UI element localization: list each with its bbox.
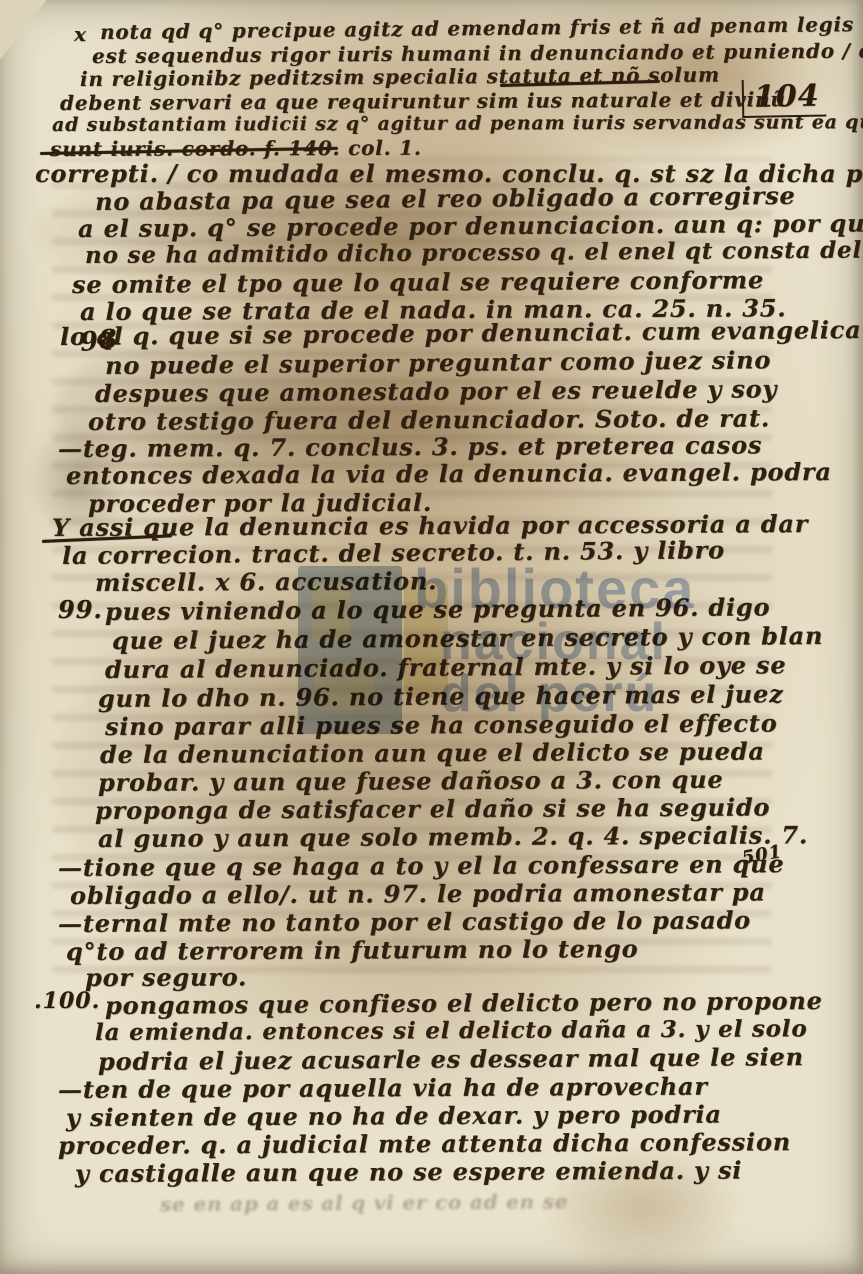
manuscript-line: pues viniendo a lo que se pregunta en 96… xyxy=(105,592,770,626)
manuscript-line: la emienda. entonces si el delicto daña … xyxy=(95,1015,808,1046)
manuscript-line: la correcion. tract. del secreto. t. n. … xyxy=(62,535,725,570)
margin-annotation: x xyxy=(74,22,87,46)
margin-annotation: .100. xyxy=(34,988,100,1014)
manuscript-line: —ten de que por aquella via ha de aprove… xyxy=(58,1072,708,1104)
manuscript-line: se en ap a es al q vi er co ad en se xyxy=(160,1189,568,1216)
manuscript-line: miscell. x 6. accusation. xyxy=(95,566,437,597)
manuscript-line: por seguro. xyxy=(85,962,247,992)
manuscript-line: q°to ad terrorem in futurum no lo tengo xyxy=(66,934,639,966)
manuscript-page: nota qd q° precipue agitz ad emendam fri… xyxy=(0,0,863,1274)
manuscript-line: y castigalle aun que no se espere emiend… xyxy=(75,1156,742,1188)
manuscript-line: probar. y aun que fuese dañoso a 3. con … xyxy=(98,765,724,797)
manuscript-line: —ternal mte no tanto por el castigo de l… xyxy=(58,905,751,938)
margin-annotation: 98 xyxy=(78,324,119,358)
manuscript-line: al guno y aun que solo memb. 2. q. 4. sp… xyxy=(98,820,808,853)
manuscript-line: no se ha admitido dicho processo q. el e… xyxy=(85,236,863,269)
margin-annotation: 104 xyxy=(742,79,826,118)
manuscript-line: entonces dexada la via de la denuncia. e… xyxy=(66,457,832,490)
manuscript-line: gun lo dho n. 96. no tiene que hacer mas… xyxy=(98,679,784,713)
margin-annotation: 99. xyxy=(58,595,103,624)
manuscript-line: in religionibz peditzsim specialia statu… xyxy=(80,63,720,91)
manuscript-line: sunt iuris. cordo. f. 140. col. 1. xyxy=(50,136,422,161)
